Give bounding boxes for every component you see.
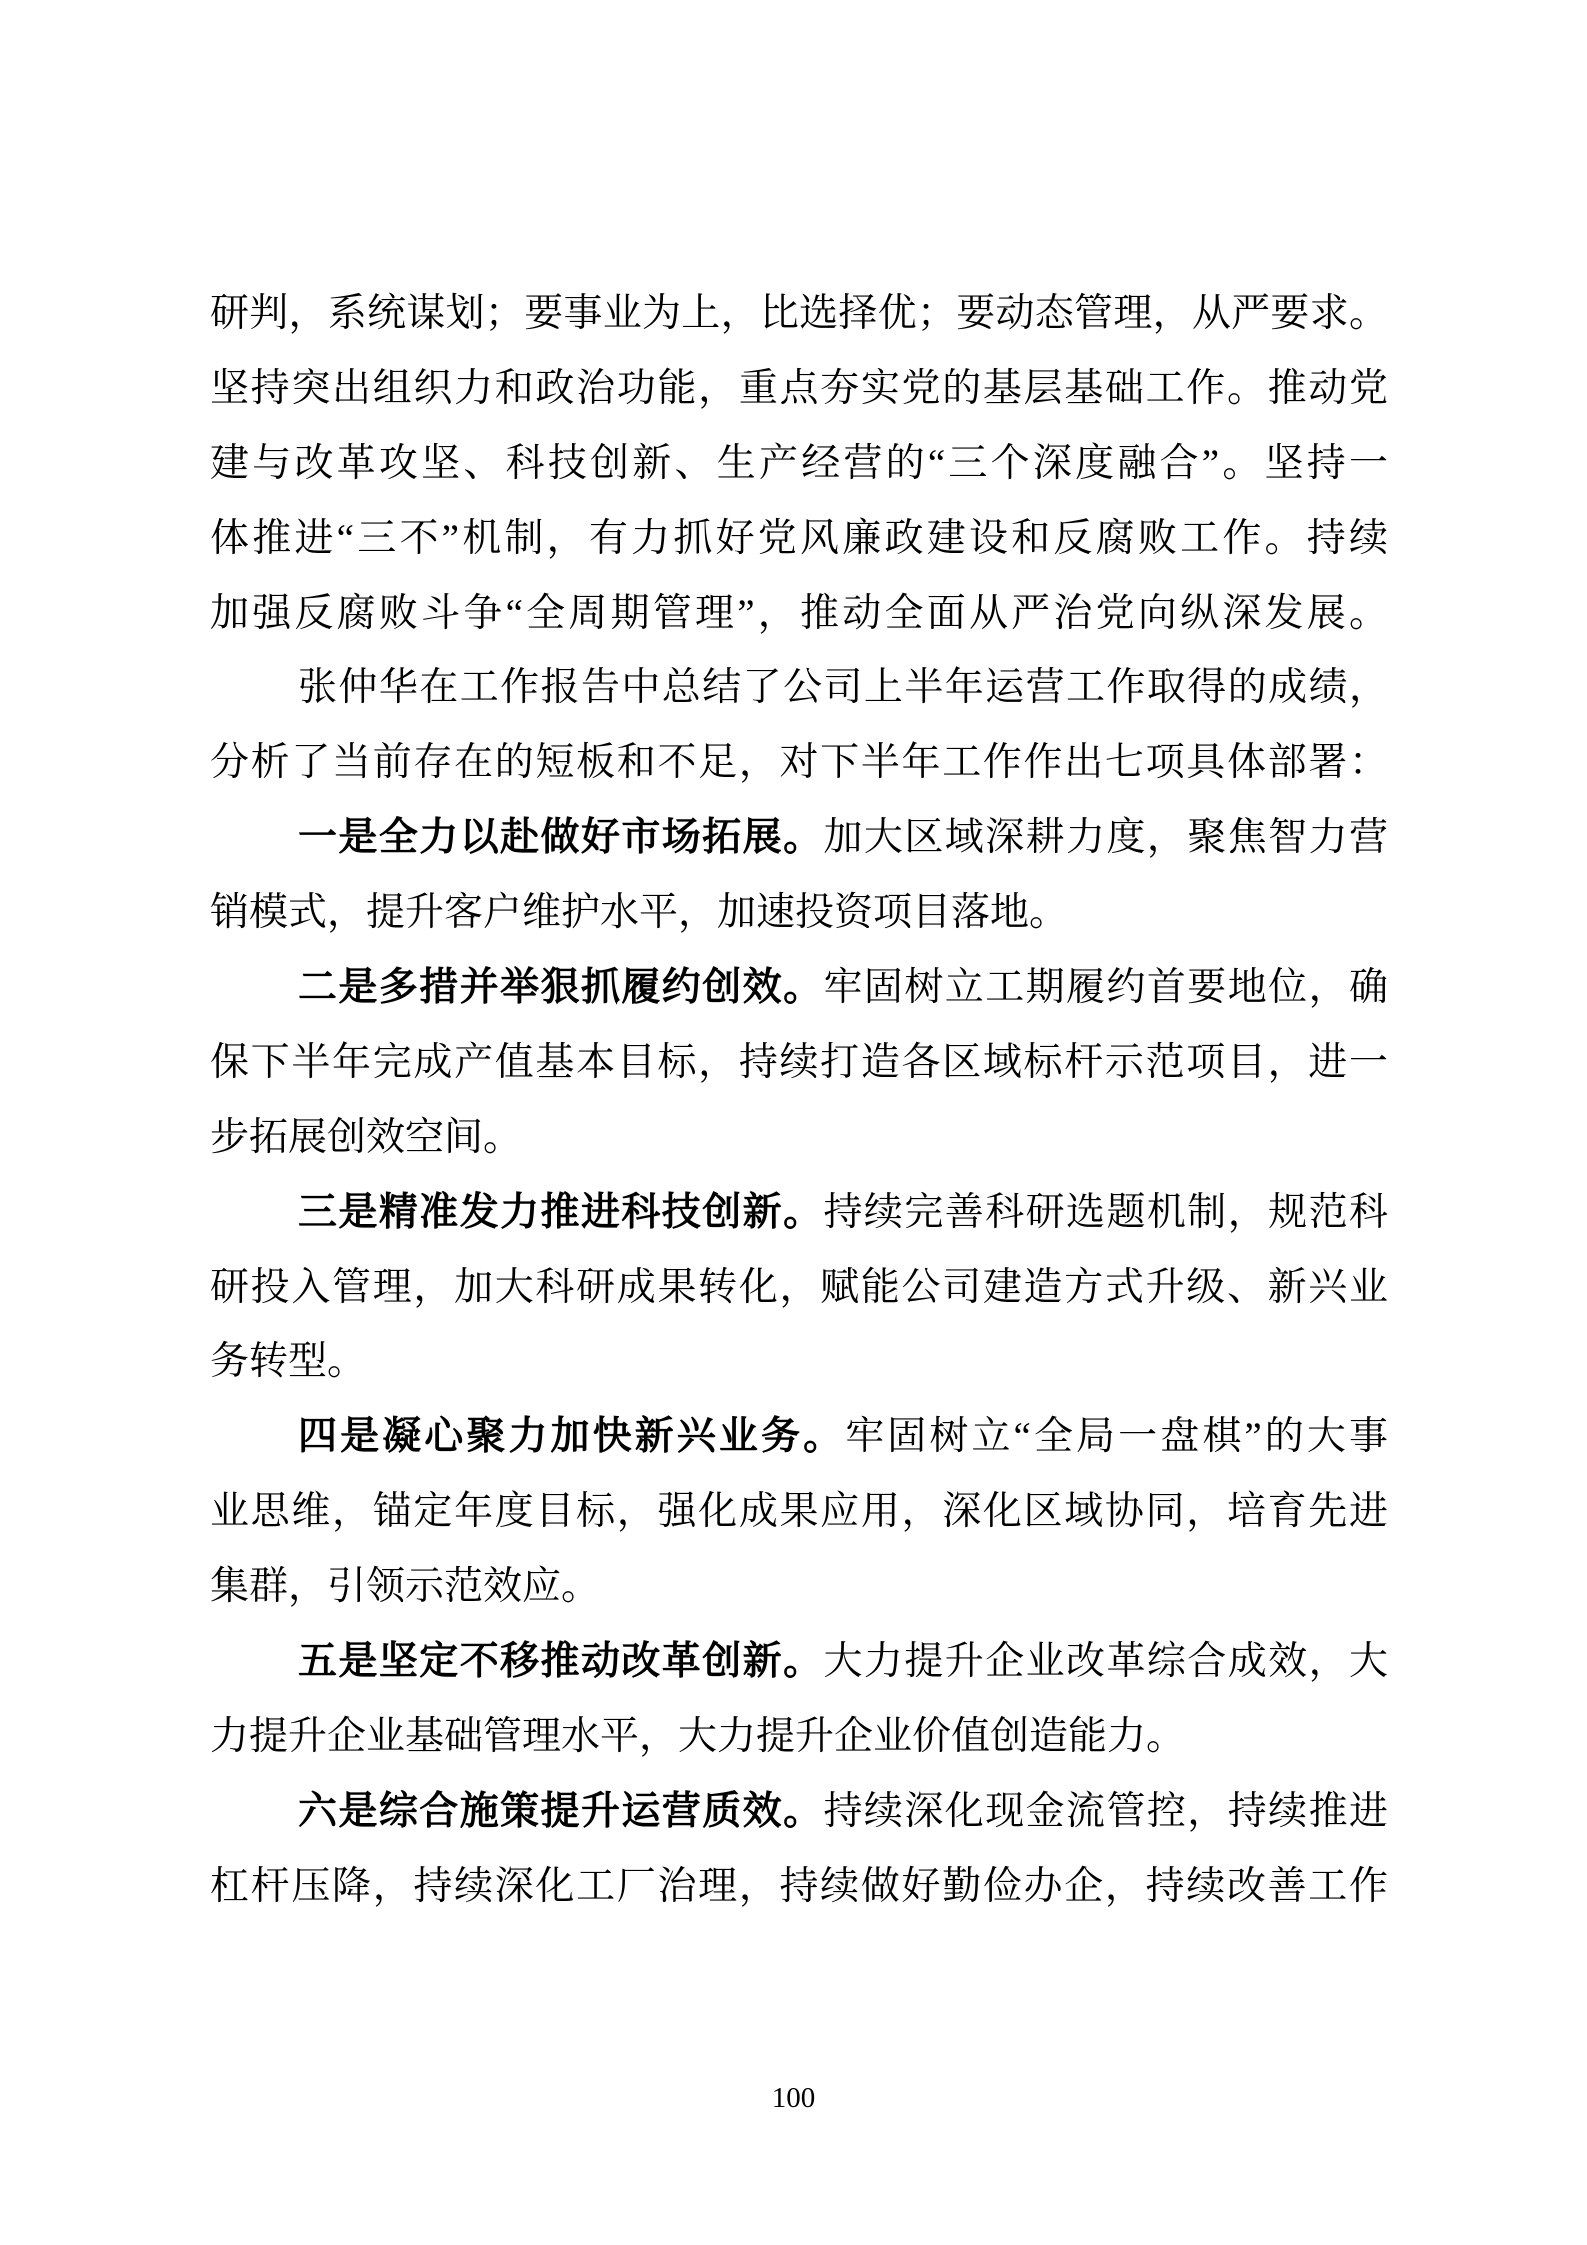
text-line: 加强反腐败斗争“全周期管理”，推动全面从严治党向纵深发展。 bbox=[210, 577, 1388, 652]
document-page: 研判，系统谋划；要事业为上，比选择优；要动态管理，从严要求。坚持突出组织力和政治… bbox=[0, 0, 1587, 2245]
text-line: 体推进“三不”机制，有力抓好党风廉政建设和反腐败工作。持续 bbox=[210, 502, 1388, 577]
text-line: 保下半年完成产值基本目标，持续打造各区域标杆示范项目，进一 bbox=[210, 1026, 1388, 1101]
text-line: 集群，引领示范效应。 bbox=[210, 1550, 1388, 1625]
text-line: 分析了当前存在的短板和不足，对下半年工作作出七项具体部署： bbox=[210, 726, 1388, 801]
text-segment: 持续完善科研选题机制，规范科 bbox=[824, 1191, 1389, 1234]
text-line: 销模式，提升客户维护水平，加速投资项目落地。 bbox=[210, 876, 1388, 951]
text-line: 研判，系统谋划；要事业为上，比选择优；要动态管理，从严要求。 bbox=[210, 277, 1388, 352]
text-line: 坚持突出组织力和政治功能，重点夯实党的基层基础工作。推动党 bbox=[210, 352, 1388, 427]
text-segment: 杠杆压降，持续深化工厂治理，持续做好勤俭办企，持续改善工作 bbox=[210, 1865, 1388, 1908]
text-line: 四是凝心聚力加快新兴业务。牢固树立“全局一盘棋”的大事 bbox=[210, 1400, 1388, 1475]
text-segment: 坚持突出组织力和政治功能，重点夯实党的基层基础工作。推动党 bbox=[210, 367, 1388, 410]
text-segment: 研投入管理，加大科研成果转化，赋能公司建造方式升级、新兴业 bbox=[210, 1266, 1388, 1309]
text-line: 步拓展创效空间。 bbox=[210, 1101, 1388, 1176]
text-line: 务转型。 bbox=[210, 1325, 1388, 1400]
text-line: 三是精准发力推进科技创新。持续完善科研选题机制，规范科 bbox=[210, 1176, 1388, 1251]
text-segment: 保下半年完成产值基本目标，持续打造各区域标杆示范项目，进一 bbox=[210, 1041, 1388, 1084]
text-segment: 务转型。 bbox=[210, 1340, 366, 1383]
page-number: 100 bbox=[0, 2082, 1587, 2114]
text-line: 杠杆压降，持续深化工厂治理，持续做好勤俭办企，持续改善工作 bbox=[210, 1850, 1388, 1925]
text-segment: 加强反腐败斗争“全周期管理”，推动全面从严治党向纵深发展。 bbox=[210, 592, 1388, 635]
text-segment: 分析了当前存在的短板和不足，对下半年工作作出七项具体部署： bbox=[210, 741, 1388, 784]
text-line: 张仲华在工作报告中总结了公司上半年运营工作取得的成绩， bbox=[210, 651, 1388, 726]
text-line: 六是综合施策提升运营质效。持续深化现金流管控，持续推进 bbox=[210, 1775, 1388, 1850]
text-segment: 体推进“三不”机制，有力抓好党风廉政建设和反腐败工作。持续 bbox=[210, 517, 1388, 560]
text-segment: 销模式，提升客户维护水平，加速投资项目落地。 bbox=[210, 891, 1068, 934]
document-body: 研判，系统谋划；要事业为上，比选择优；要动态管理，从严要求。坚持突出组织力和政治… bbox=[210, 277, 1388, 1925]
item-heading: 二是多措并举狠抓履约创效。 bbox=[298, 966, 824, 1009]
text-segment: 牢固树立工期履约首要地位，确 bbox=[824, 966, 1389, 1009]
text-line: 二是多措并举狠抓履约创效。牢固树立工期履约首要地位，确 bbox=[210, 951, 1388, 1026]
text-line: 五是坚定不移推动改革创新。大力提升企业改革综合成效，大 bbox=[210, 1625, 1388, 1700]
item-heading: 三是精准发力推进科技创新。 bbox=[298, 1191, 824, 1234]
text-line: 一是全力以赴做好市场拓展。加大区域深耕力度，聚焦智力营 bbox=[210, 801, 1388, 876]
item-heading: 六是综合施策提升运营质效。 bbox=[298, 1790, 824, 1833]
text-segment: 步拓展创效空间。 bbox=[210, 1116, 522, 1159]
text-segment: 牢固树立“全局一盘棋”的大事 bbox=[845, 1415, 1388, 1458]
text-segment: 建与改革攻坚、科技创新、生产经营的“三个深度融合”。坚持一 bbox=[210, 442, 1388, 485]
text-segment: 张仲华在工作报告中总结了公司上半年运营工作取得的成绩， bbox=[298, 666, 1388, 709]
text-line: 业思维，锚定年度目标，强化成果应用，深化区域协同，培育先进 bbox=[210, 1475, 1388, 1550]
text-segment: 大力提升企业改革综合成效，大 bbox=[824, 1640, 1389, 1683]
text-segment: 力提升企业基础管理水平，大力提升企业价值创造能力。 bbox=[210, 1715, 1185, 1758]
text-line: 建与改革攻坚、科技创新、生产经营的“三个深度融合”。坚持一 bbox=[210, 427, 1388, 502]
item-heading: 五是坚定不移推动改革创新。 bbox=[298, 1640, 824, 1683]
text-segment: 加大区域深耕力度，聚焦智力营 bbox=[824, 816, 1389, 859]
item-heading: 四是凝心聚力加快新兴业务。 bbox=[298, 1415, 845, 1458]
text-segment: 业思维，锚定年度目标，强化成果应用，深化区域协同，培育先进 bbox=[210, 1490, 1388, 1533]
text-segment: 持续深化现金流管控，持续推进 bbox=[824, 1790, 1389, 1833]
text-line: 力提升企业基础管理水平，大力提升企业价值创造能力。 bbox=[210, 1700, 1388, 1775]
text-segment: 研判，系统谋划；要事业为上，比选择优；要动态管理，从严要求。 bbox=[210, 292, 1388, 335]
text-line: 研投入管理，加大科研成果转化，赋能公司建造方式升级、新兴业 bbox=[210, 1251, 1388, 1326]
item-heading: 一是全力以赴做好市场拓展。 bbox=[298, 816, 824, 859]
text-segment: 集群，引领示范效应。 bbox=[210, 1565, 600, 1608]
